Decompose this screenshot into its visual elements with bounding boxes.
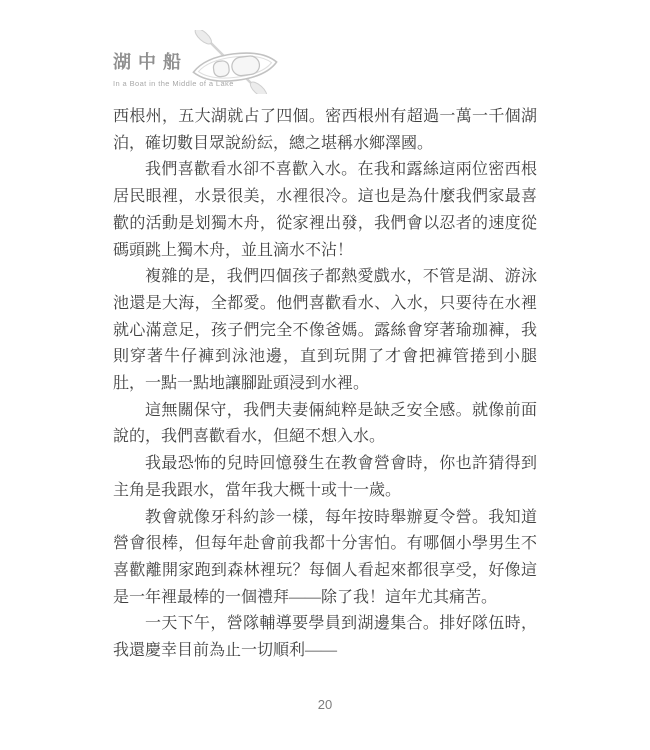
paragraph: 複雜的是，我們四個孩子都熱愛戲水，不管是湖、游泳池還是大海，全都愛。他們喜歡看水… (113, 264, 537, 398)
paragraph: 一天下午，營隊輔導要學員到湖邊集合。排好隊伍時，我還慶幸目前為止一切順利—— (113, 611, 537, 664)
paragraph: 我們喜歡看水卻不喜歡入水。在我和露絲這兩位密西根居民眼裡，水景很美，水裡很冷。這… (113, 157, 537, 264)
canoe-paddle-icon (190, 30, 280, 94)
paragraph: 西根州，五大湖就占了四個。密西根州有超過一萬一千個湖泊，確切數目眾說紛紜，總之堪… (113, 104, 537, 157)
body-text: 西根州，五大湖就占了四個。密西根州有超過一萬一千個湖泊，確切數目眾說紛紜，總之堪… (113, 104, 537, 665)
chapter-header: 湖中船 In a Boat in the Middle of a Lake (113, 52, 413, 88)
paragraph: 教會就像牙科約診一樣，每年按時舉辦夏令營。我知道營會很棒，但每年赴會前我都十分害… (113, 505, 537, 612)
paragraph: 我最恐怖的兒時回憶發生在教會營會時，你也許猜得到主角是我跟水，當年我大概十或十一… (113, 451, 537, 504)
paragraph: 這無關保守，我們夫妻倆純粹是缺乏安全感。就像前面說的，我們喜歡看水，但絕不想入水… (113, 398, 537, 451)
page-number: 20 (0, 697, 650, 712)
book-page: 湖中船 In a Boat in the Middle of a Lake 西根… (0, 0, 650, 750)
